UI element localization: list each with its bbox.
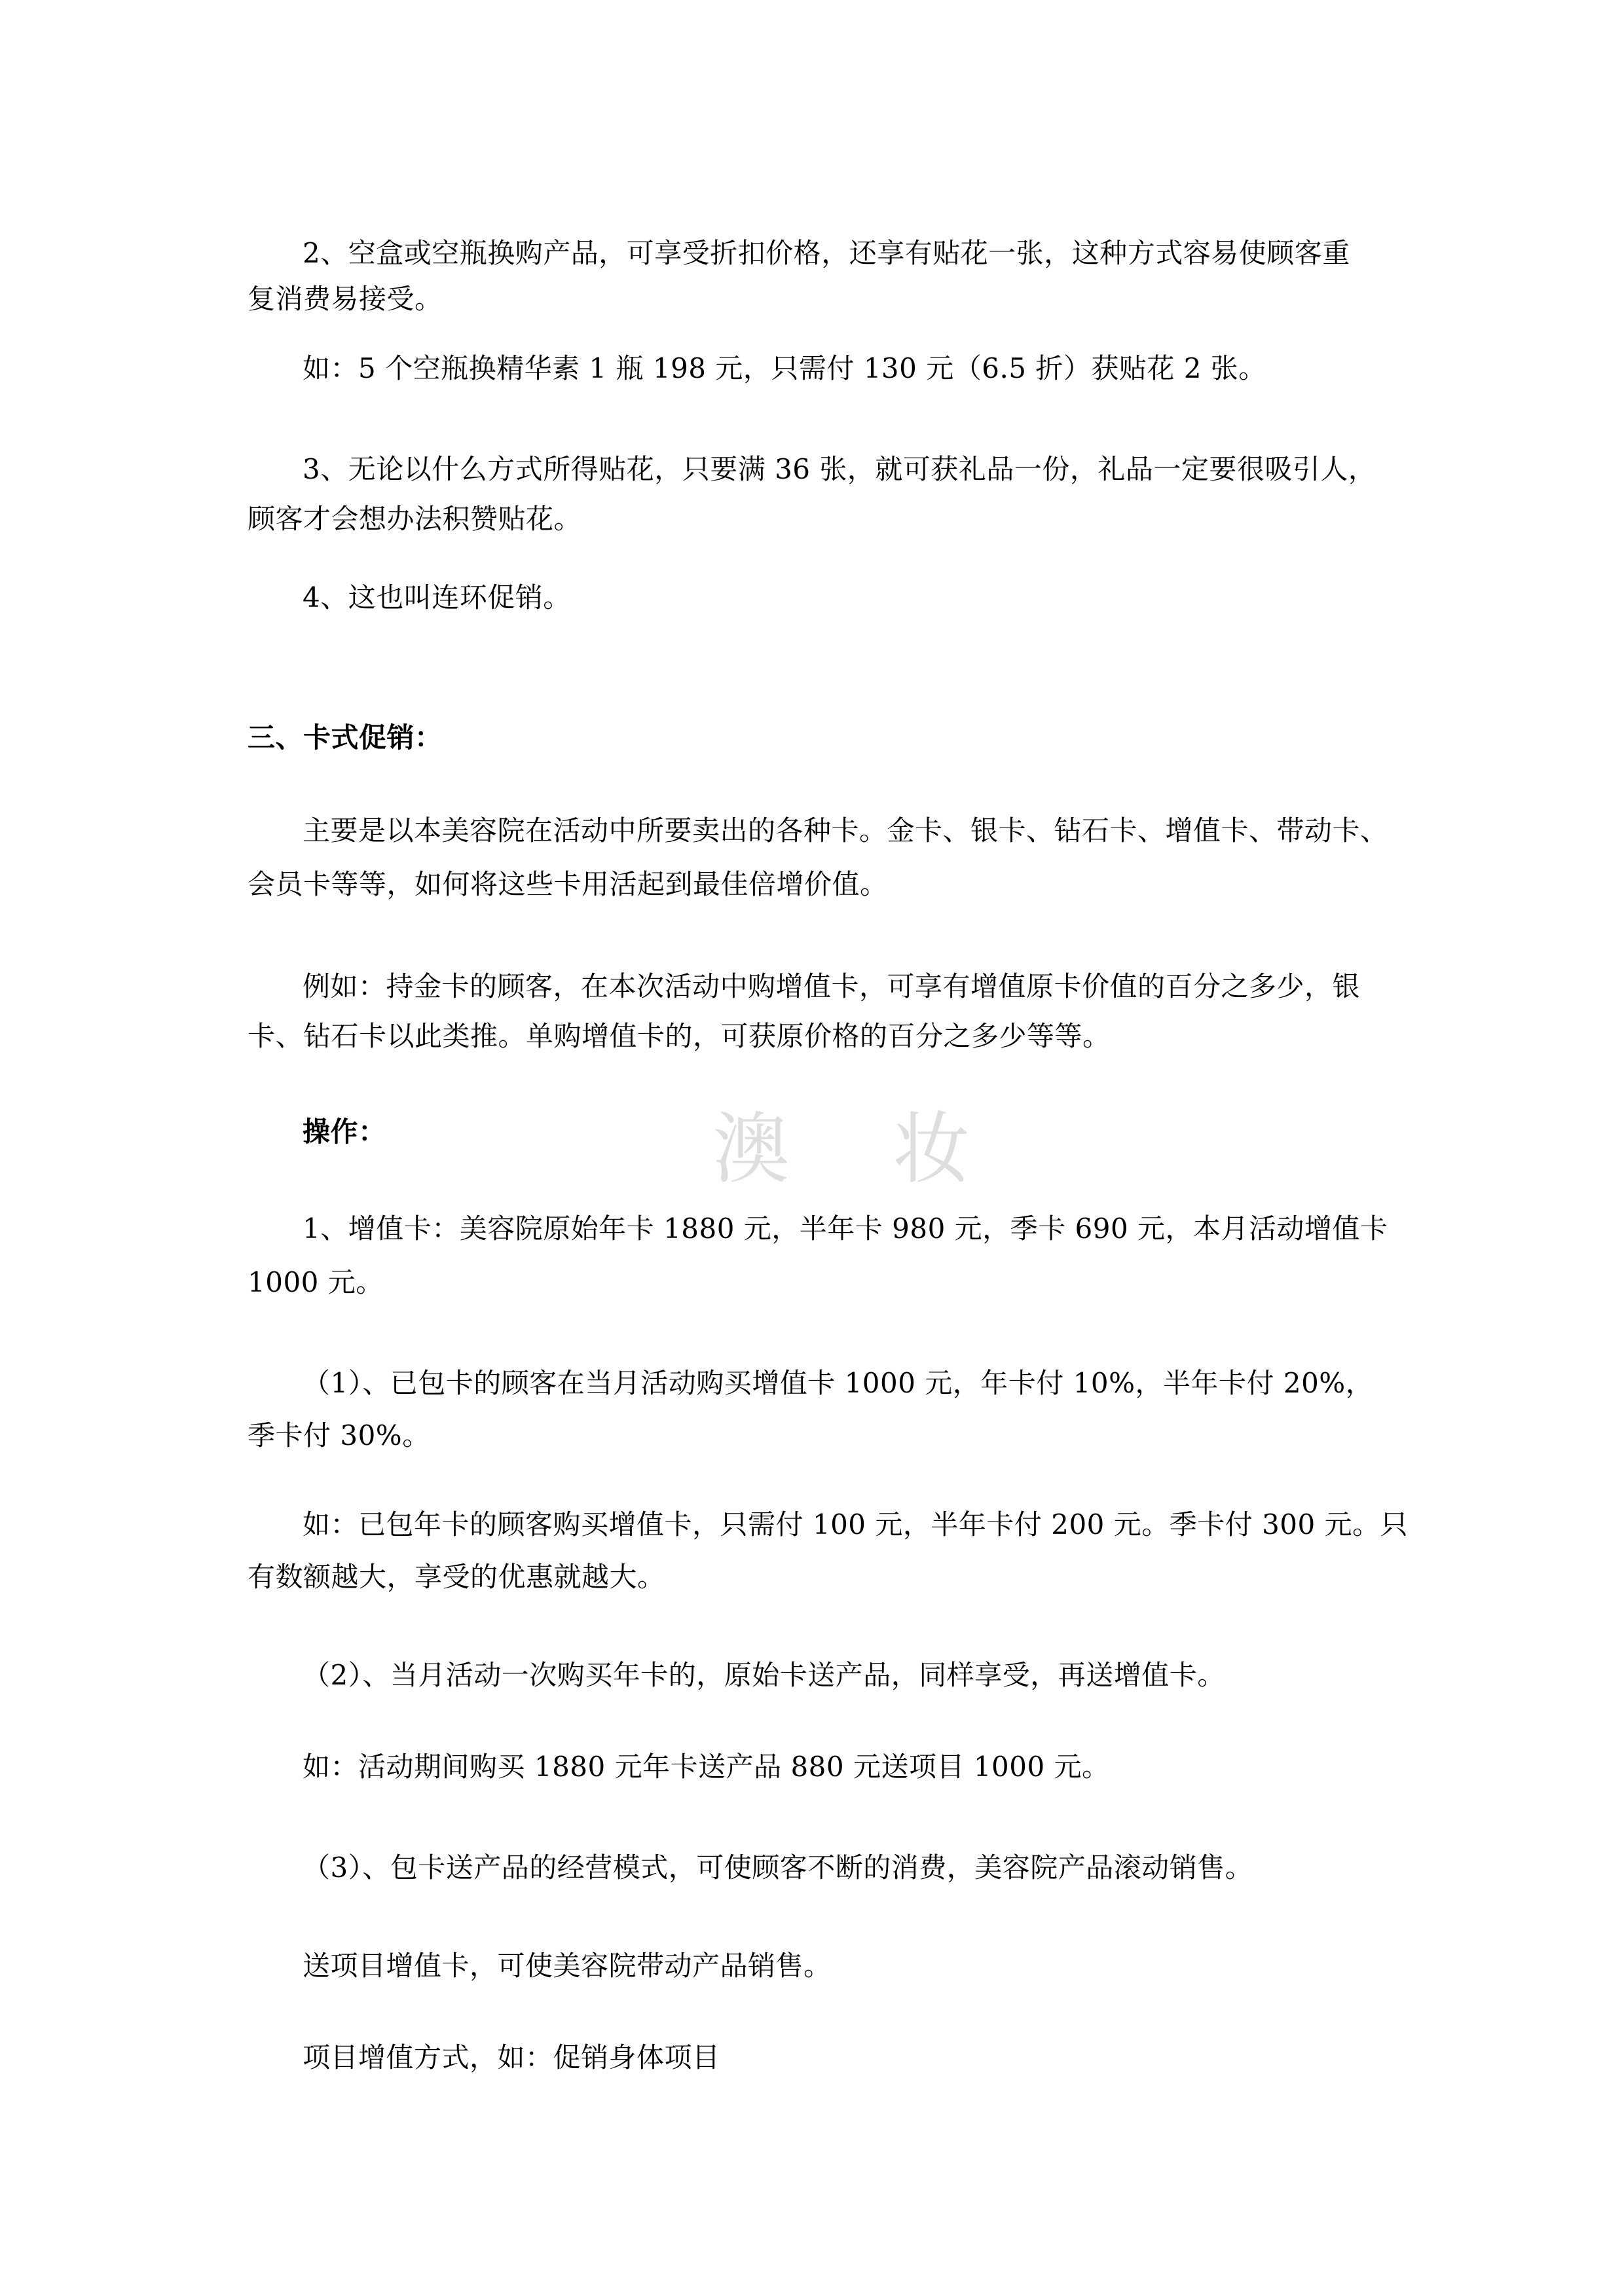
paragraph-line: 如：已包年卡的顾客购买增值卡，只需付 100 元，半年卡付 200 元。季卡付 … <box>303 1508 1435 1541</box>
paragraph-line: 会员卡等等，如何将这些卡用活起到最佳倍增价值。 <box>248 868 1380 901</box>
subsection-heading: 操作： <box>303 1116 1435 1148</box>
paragraph-line: 如：活动期间购买 1880 元年卡送产品 880 元送项目 1000 元。 <box>303 1751 1435 1783</box>
paragraph-line: （1）、已包卡的顾客在当月活动购买增值卡 1000 元，年卡付 10%，半年卡付… <box>303 1367 1435 1400</box>
paragraph-line: （2）、当月活动一次购买年卡的，原始卡送产品，同样享受，再送增值卡。 <box>303 1659 1435 1692</box>
paragraph-line: 1、增值卡：美容院原始年卡 1880 元，半年卡 980 元，季卡 690 元，… <box>303 1212 1435 1245</box>
paragraph-line: 送项目增值卡，可使美容院带动产品销售。 <box>303 1950 1435 1982</box>
paragraph-line: 如：5 个空瓶换精华素 1 瓶 198 元，只需付 130 元（6.5 折）获贴… <box>303 352 1435 385</box>
paragraph-line: （3）、包卡送产品的经营模式，可使顾客不断的消费，美容院产品滚动销售。 <box>303 1851 1435 1884</box>
paragraph-line: 2、空盒或空瓶换购产品，可享受折扣价格，还享有贴花一张，这种方式容易使顾客重 <box>303 237 1435 270</box>
paragraph-line: 3、无论以什么方式所得贴花，只要满 36 张，就可获礼品一份，礼品一定要很吸引人… <box>303 453 1435 486</box>
document-page: 澳 妆 2、空盒或空瓶换购产品，可享受折扣价格，还享有贴花一张，这种方式容易使顾… <box>0 0 1624 2296</box>
paragraph-line: 4、这也叫连环促销。 <box>303 581 1435 614</box>
paragraph-line: 顾客才会想办法积赞贴花。 <box>248 503 1380 536</box>
paragraph-line: 复消费易接受。 <box>248 283 1380 316</box>
paragraph-line: 项目增值方式，如：促销身体项目 <box>303 2041 1435 2074</box>
paragraph-line: 主要是以本美容院在活动中所要卖出的各种卡。金卡、银卡、钻石卡、增值卡、带动卡、 <box>303 814 1435 847</box>
section-heading: 三、卡式促销： <box>248 721 1380 754</box>
paragraph-line: 卡、钻石卡以此类推。单购增值卡的，可获原价格的百分之多少等等。 <box>248 1020 1380 1053</box>
paragraph-line: 季卡付 30%。 <box>248 1419 1380 1452</box>
paragraph-line: 1000 元。 <box>248 1266 1380 1299</box>
paragraph-line: 有数额越大，享受的优惠就越大。 <box>248 1561 1380 1594</box>
paragraph-line: 例如：持金卡的顾客，在本次活动中购增值卡，可享有增值原卡价值的百分之多少，银 <box>303 970 1435 1003</box>
